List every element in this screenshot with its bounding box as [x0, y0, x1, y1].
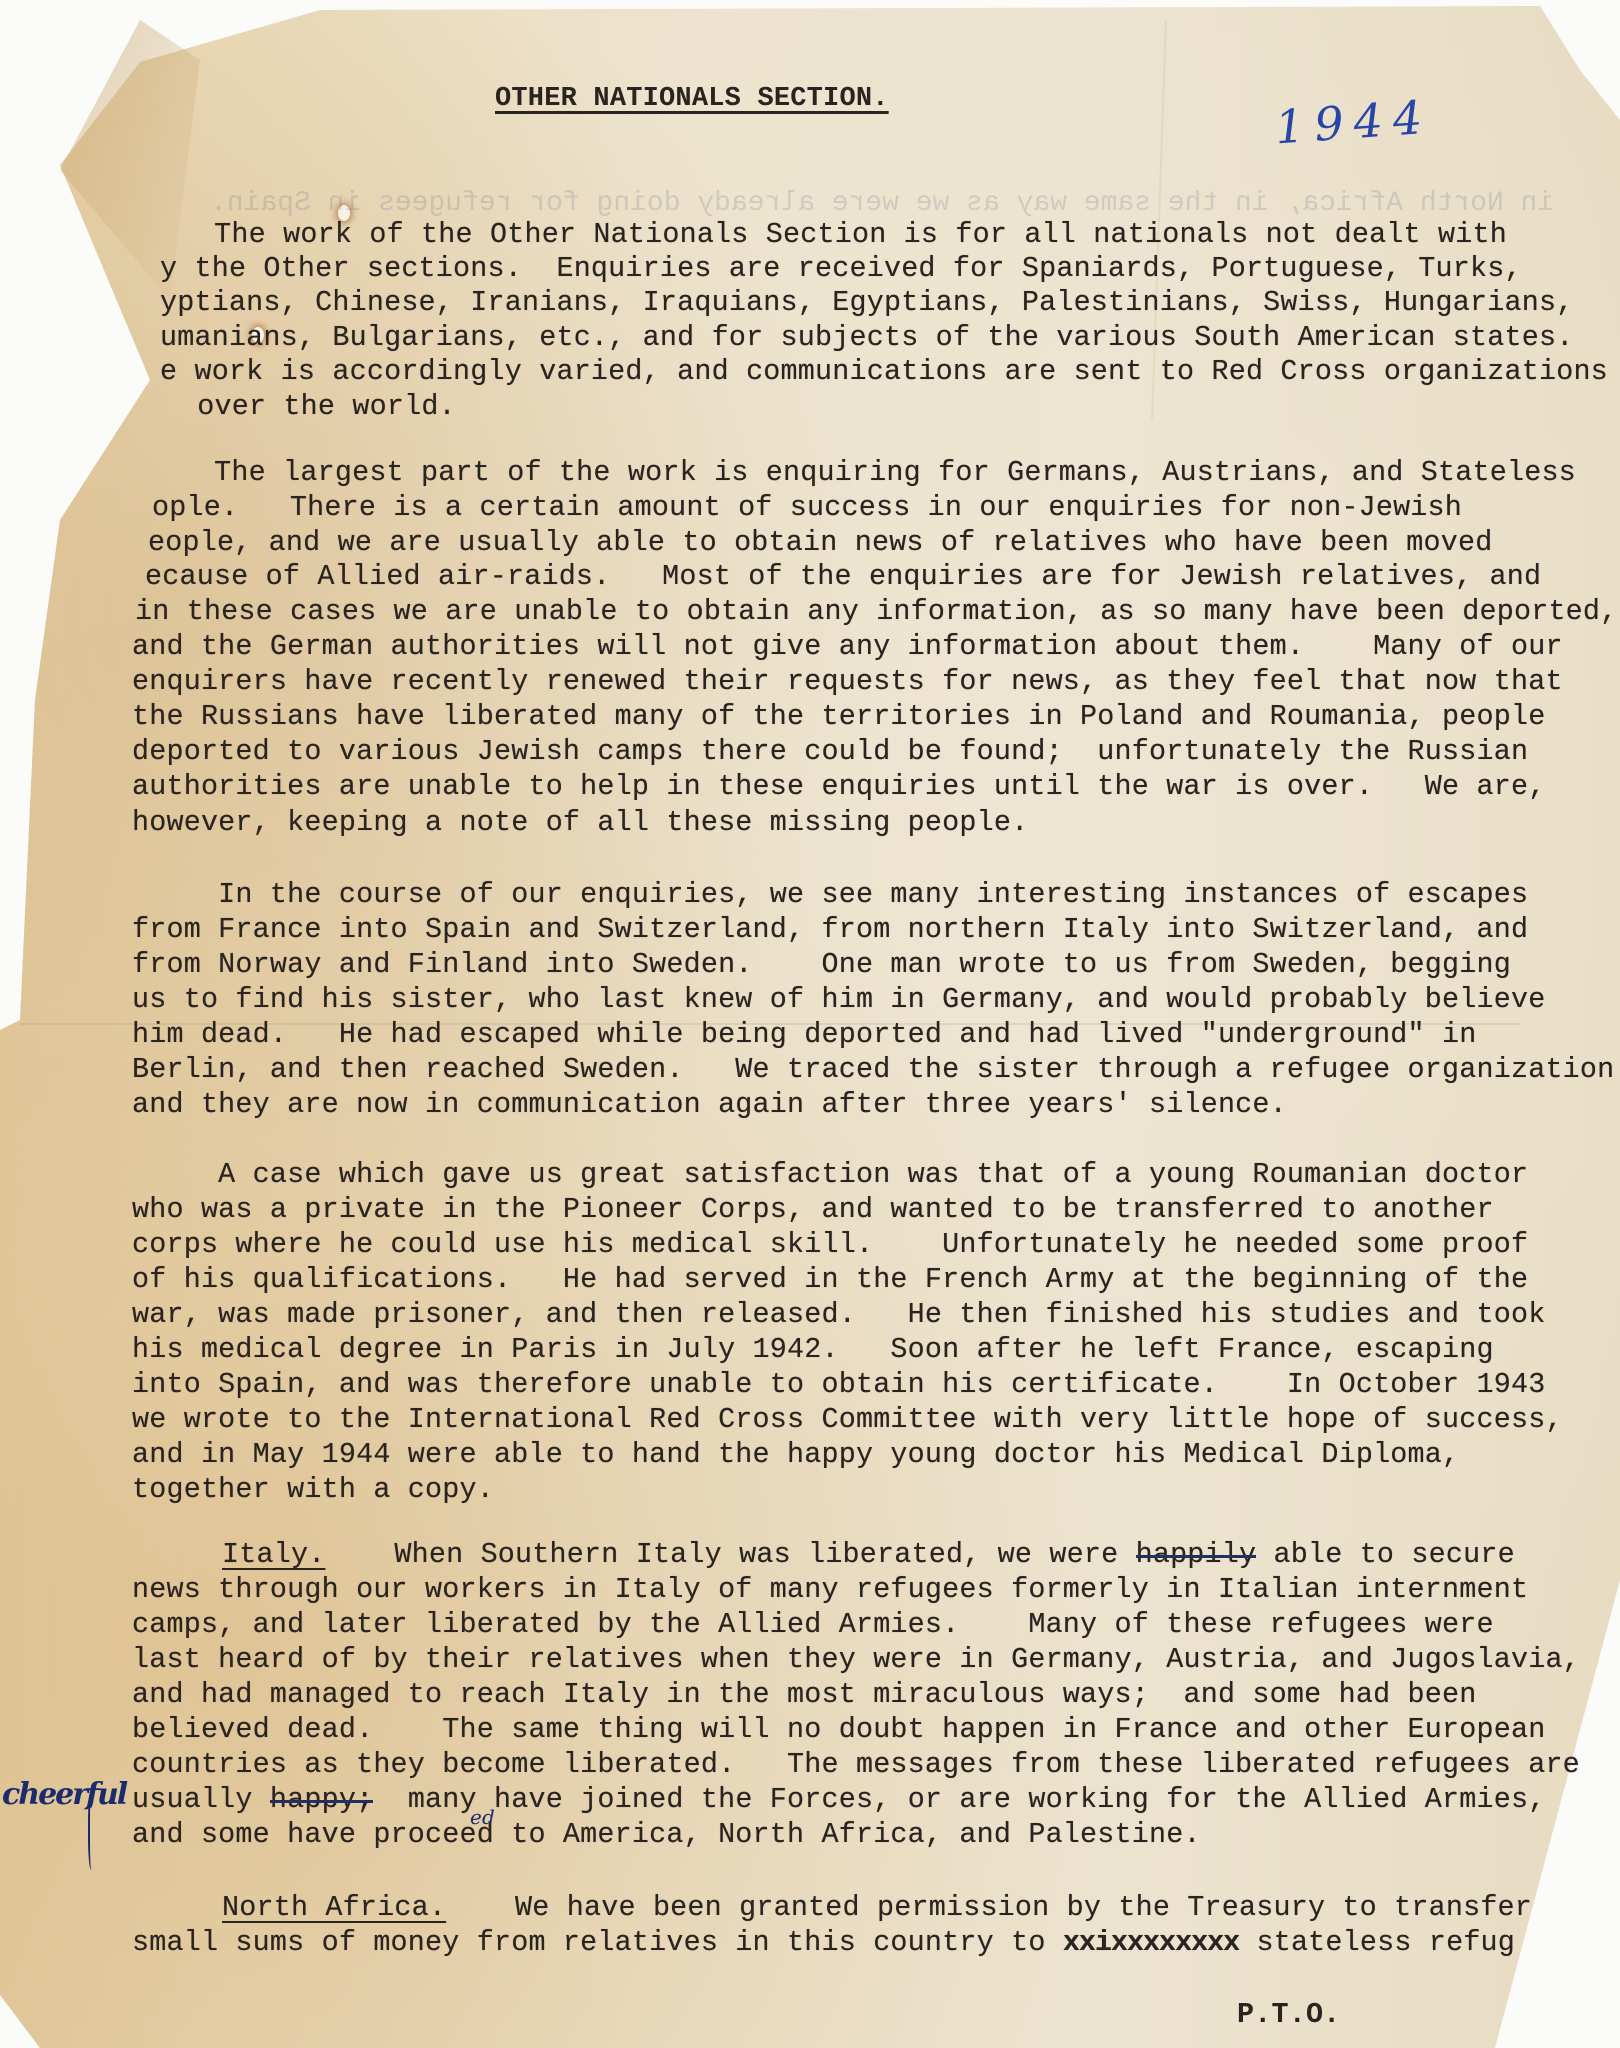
text-line: the Russians have liberated many of the … — [132, 702, 1545, 732]
handwritten-correction: cheerful — [2, 1777, 126, 1812]
text-line: enquirers have recently renewed their re… — [132, 667, 1563, 697]
text-line: from France into Spain and Switzerland, … — [132, 915, 1528, 945]
handwritten-insertion: ed — [470, 1805, 495, 1829]
struck-word: happy; — [270, 1783, 373, 1816]
text-line: umanians, Bulgarians, etc., and for subj… — [160, 323, 1573, 353]
text-line: and in May 1944 were able to hand the ha… — [132, 1440, 1459, 1470]
text-line: from Norway and Finland into Sweden. One… — [132, 950, 1511, 980]
text-line: camps, and later liberated by the Allied… — [132, 1610, 1494, 1640]
text-span: stateless refug — [1239, 1926, 1515, 1959]
text-line: us to find his sister, who last knew of … — [132, 985, 1545, 1015]
text-line: into Spain, and was therefore unable to … — [132, 1370, 1545, 1400]
north-africa-first-line: North Africa. We have been granted permi… — [222, 1893, 1532, 1923]
text-line: however, keeping a note of all these mis… — [132, 808, 1028, 838]
text-span: small sums of money from relatives in th… — [132, 1926, 1063, 1959]
text-line: yptians, Chinese, Iranians, Iraquians, E… — [160, 288, 1573, 318]
text-line: his medical degree in Paris in July 1942… — [132, 1335, 1494, 1365]
text-span: able to secure — [1256, 1538, 1515, 1571]
text-line: over the world. — [180, 392, 456, 422]
text-line: and the German authorities will not give… — [132, 632, 1563, 662]
section-heading-north-africa: North Africa. — [222, 1891, 446, 1924]
text-line: believed dead. The same thing will no do… — [132, 1715, 1545, 1745]
text-span: We have been granted permission by the T… — [446, 1891, 1532, 1924]
text-line: news through our workers in Italy of man… — [132, 1575, 1528, 1605]
text-line: A case which gave us great satisfaction … — [132, 1160, 1528, 1190]
text-line: y the Other sections. Enquiries are rece… — [160, 254, 1522, 284]
text-line: war, was made prisoner, and then release… — [132, 1300, 1545, 1330]
handwritten-year: 1944 — [1273, 90, 1433, 155]
text-line: Berlin, and then reached Sweden. We trac… — [132, 1055, 1614, 1085]
typed-x-out: xxixxxxxxxx — [1063, 1926, 1239, 1959]
text-line: and had managed to reach Italy in the mo… — [132, 1680, 1477, 1710]
page-title: OTHER NATIONALS SECTION. — [495, 84, 889, 114]
please-turn-over-note: P.T.O. — [1237, 1998, 1340, 2031]
text-line: corps where he could use his medical ski… — [132, 1230, 1528, 1260]
text-line: who was a private in the Pioneer Corps, … — [132, 1195, 1494, 1225]
text-line: authorities are unable to help in these … — [132, 772, 1545, 802]
text-line: last heard of by their relatives when th… — [132, 1645, 1580, 1675]
text-line: ecause of Allied air-raids. Most of the … — [145, 562, 1541, 592]
section-heading-italy: Italy. — [222, 1538, 325, 1571]
handwritten-stroke — [88, 1790, 96, 1870]
text-line: him dead. He had escaped while being dep… — [132, 1020, 1477, 1050]
text-line: The work of the Other Nationals Section … — [128, 220, 1507, 250]
text-span: When Southern Italy was liberated, we we… — [325, 1538, 1135, 1571]
north-africa-second-line: small sums of money from relatives in th… — [132, 1928, 1515, 1958]
text-line: In the course of our enquiries, we see m… — [132, 880, 1528, 910]
text-line: in these cases we are unable to obtain a… — [135, 597, 1617, 627]
text-line: together with a copy. — [132, 1475, 494, 1505]
text-line: ople. There is a certain amount of succe… — [152, 493, 1462, 523]
text-line: countries as they become liberated. The … — [132, 1750, 1580, 1780]
typed-document: OTHER NATIONALS SECTION. 1944 The work o… — [0, 0, 1620, 2048]
struck-word: happily — [1136, 1538, 1257, 1571]
text-span: many have joined the Forces, or are work… — [373, 1783, 1545, 1816]
text-line: of his qualifications. He had served in … — [132, 1265, 1528, 1295]
text-line: we wrote to the International Red Cross … — [132, 1405, 1563, 1435]
text-line: and they are now in communication again … — [132, 1090, 1287, 1120]
text-line: The largest part of the work is enquirin… — [128, 458, 1576, 488]
text-line: eople, and we are usually able to obtain… — [148, 528, 1493, 558]
italy-line-usually: usually happy; many have joined the Forc… — [132, 1785, 1545, 1815]
italy-first-line: Italy. When Southern Italy was liberated… — [222, 1540, 1515, 1570]
text-line: e work is accordingly varied, and commun… — [160, 357, 1608, 387]
text-span: usually — [132, 1783, 270, 1816]
text-line: deported to various Jewish camps there c… — [132, 737, 1528, 767]
text-line: and some have proceed to America, North … — [132, 1820, 1201, 1850]
